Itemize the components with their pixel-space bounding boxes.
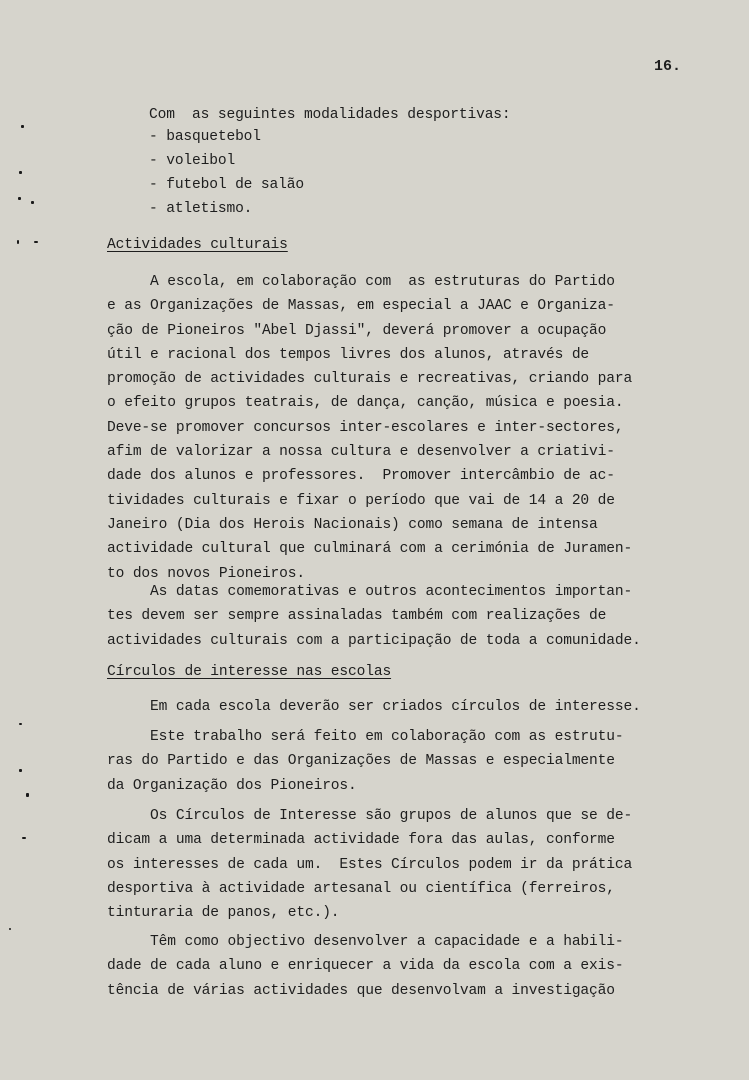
margin-speck (18, 197, 21, 200)
page-number: 16. (654, 58, 681, 75)
margin-speck (19, 723, 22, 725)
margin-speck (34, 241, 38, 243)
list-item: - atletismo. (149, 197, 252, 221)
list-item: - voleibol (149, 149, 235, 173)
margin-speck (9, 928, 11, 930)
paragraph-cultural-1: A escola, em colaboração com as estrutur… (107, 270, 632, 586)
intro-lead: Com as seguintes modalidades desportivas… (149, 103, 511, 127)
list-item: - basquetebol (149, 125, 261, 149)
paragraph-circles-3: Os Círculos de Interesse são grupos de a… (107, 804, 632, 925)
list-item: - futebol de salão (149, 173, 304, 197)
paragraph-circles-1: Em cada escola deverão ser criados círcu… (107, 695, 641, 719)
margin-speck (17, 240, 19, 244)
paragraph-circles-2: Este trabalho será feito em colaboração … (107, 725, 623, 798)
margin-speck (21, 125, 24, 128)
margin-speck (22, 837, 26, 839)
paragraph-circles-4: Têm como objectivo desenvolver a capacid… (107, 930, 623, 1003)
margin-speck (31, 201, 34, 204)
margin-speck (19, 769, 22, 772)
section-heading-interest-circles: Círculos de interesse nas escolas (107, 664, 391, 680)
paragraph-cultural-2: As datas comemorativas e outros aconteci… (107, 580, 641, 653)
section-heading-cultural: Actividades culturais (107, 237, 288, 253)
margin-speck (19, 171, 22, 174)
margin-speck (26, 793, 29, 797)
